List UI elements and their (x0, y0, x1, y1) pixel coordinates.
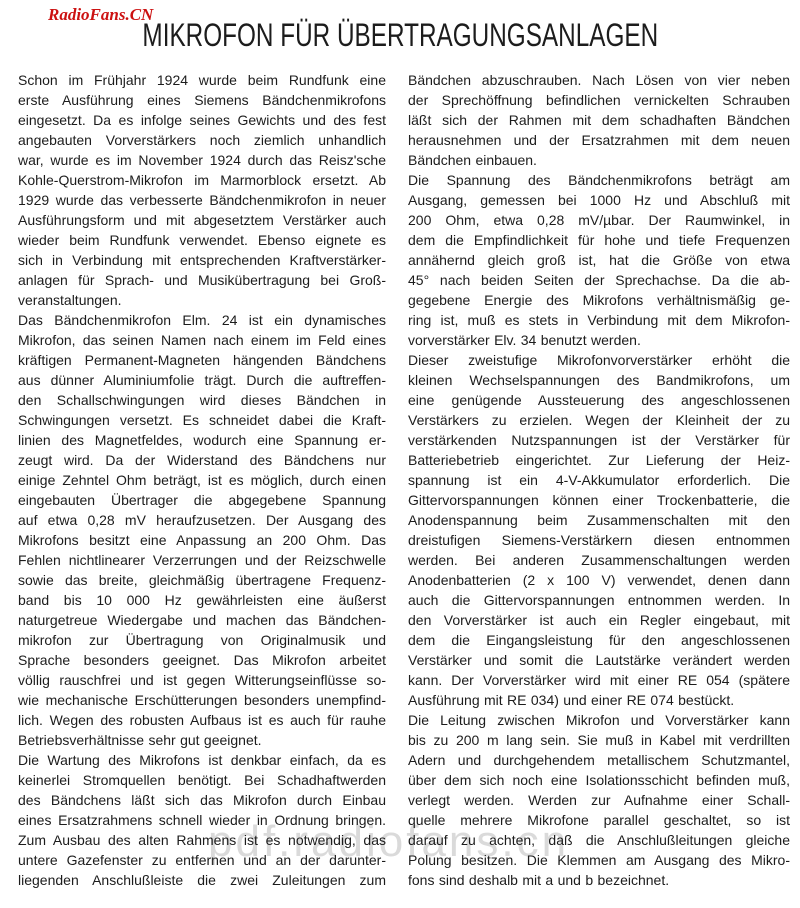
text-line: gegebene Energie des Mikrofons verhältni… (408, 290, 790, 310)
text-line: Bändchen einbauen. (408, 150, 790, 170)
text-line: Mikrofon, das seinen Namen nach einem im… (18, 330, 386, 350)
article-columns: Schon im Frühjahr 1924 wurde beim Rundfu… (18, 70, 790, 890)
document-page: pdf.radiofans.cn RadioFans.CN MIKROFON F… (0, 0, 800, 908)
text-line: Anodenspannung beim Zusammenschalten mit… (408, 510, 790, 530)
text-line: annähernd gleich groß ist, hat die Größe… (408, 250, 790, 270)
text-line: sich in Verbindung mit entsprechenden Kr… (18, 250, 386, 270)
text-line: Gittervorspannungen können einer Trocken… (408, 490, 790, 510)
text-line: über dem sich noch eine Isolationsschich… (408, 770, 790, 790)
text-line: dem die Empfindlichkeit für hohe und tie… (408, 230, 790, 250)
text-line: anlagen für Sprach- und Musikübertragung… (18, 270, 386, 290)
text-line: ring ist, muß es stets in Verbindung mit… (408, 310, 790, 330)
text-line: Dieser zweistufige Mikrofonvorverstärker… (408, 350, 790, 370)
corner-watermark: RadioFans.CN (48, 5, 153, 25)
text-line: werden. Bei anderen Zusammenschaltungen … (408, 550, 790, 570)
text-line: auf etwa 0,28 mV heraufzusetzen. Der Aus… (18, 510, 386, 530)
text-line: einige Zehntel Ohm beträgt, ist es mögli… (18, 470, 386, 490)
text-line: Schon im Frühjahr 1924 wurde beim Rundfu… (18, 70, 386, 90)
text-line: auch die Gittervorspannungen entnommen w… (408, 590, 790, 610)
text-line: läßt sich der Rahmen mit dem schadhaften… (408, 110, 790, 130)
text-line: eingesetzt. Da es infolge seines Gewicht… (18, 110, 386, 130)
text-line: Ausführung mit RE 034) und einer RE 074 … (408, 690, 790, 710)
text-line: fons sind deshalb mit a und b bezeichnet… (408, 870, 790, 890)
text-line: Sprache besonders geeignet. Das Mikrofon… (18, 650, 386, 670)
text-line: Zum Ausbau des alten Rahmens ist es notw… (18, 830, 386, 850)
text-line: untere Gazefenster zu entfernen und an d… (18, 850, 386, 870)
text-line: Schwingungen versetzt. Es schneidet dabe… (18, 410, 386, 430)
text-line: bis zu 200 m lang sein. Sie muß in Kabel… (408, 730, 790, 750)
text-line: lich. Wegen des robusten Aufbaus ist es … (18, 710, 386, 730)
text-line: des Bändchens läßt sich das Mikrofon dur… (18, 790, 386, 810)
text-line: Verstärkers zu erzielen. Wegen der Klein… (408, 410, 790, 430)
text-line: kräftigen Permanent-Magneten hängenden B… (18, 350, 386, 370)
text-line: Fehlen nichtlinearer Verzerrungen und de… (18, 550, 386, 570)
text-line: dreistufigen Siemens-Verstärkern diesen … (408, 530, 790, 550)
text-line: Adern und durchgehendem metallischem Sch… (408, 750, 790, 770)
text-line: Das Bändchenmikrofon Elm. 24 ist ein dyn… (18, 310, 386, 330)
text-line: mikrofon zur Übertragung von Originalmus… (18, 630, 386, 650)
text-line: 200 Ohm, etwa 0,28 mV/µbar. Der Raumwink… (408, 210, 790, 230)
text-line: der Sprechöffnung befindlichen vernickel… (408, 90, 790, 110)
text-line: verstärkenden Nutzspannungen ist der Ver… (408, 430, 790, 450)
text-line: kann. Der Vorverstärker wird mit einer R… (408, 670, 790, 690)
text-line: Verstärker und somit die Lautstärke verä… (408, 650, 790, 670)
text-line: Die Leitung zwischen Mikrofon und Vorver… (408, 710, 790, 730)
text-line: Betriebsverhältnisse sehr gut geeignet. (18, 730, 386, 750)
text-line: wie mechanische Erschütterungen besonder… (18, 690, 386, 710)
text-line: angebauten Vorverstärkers noch ziemlich … (18, 130, 386, 150)
text-line: Mikrofons besitzt eine Anpassung an 200 … (18, 530, 386, 550)
text-line: eines Ersatzrahmens schnell wieder in Or… (18, 810, 386, 830)
text-line: naturgetreue Wiedergabe und machen das B… (18, 610, 386, 630)
text-line: eine genügende Aussteuerung des angeschl… (408, 390, 790, 410)
text-line: Polung besitzen. Die Klemmen am Ausgang … (408, 850, 790, 870)
text-line: vorverstärker Elv. 34 benutzt werden. (408, 330, 790, 350)
text-line: Kohle-Querstrom-Mikrofon im Marmorblock … (18, 170, 386, 190)
text-line: Die Wartung des Mikrofons ist denkbar ei… (18, 750, 386, 770)
text-line: sowie das breite, gleichmäßig übertragen… (18, 570, 386, 590)
text-line: völlig rauschfrei und ist gegen Witterun… (18, 670, 386, 690)
text-line: Anodenbatterien (2 x 100 V) verwendet, d… (408, 570, 790, 590)
text-line: aus dünner Aluminiumfolie trägt. Durch d… (18, 370, 386, 390)
left-column: Schon im Frühjahr 1924 wurde beim Rundfu… (18, 70, 386, 890)
text-line: Ausführungsform und mit abgesetztem Vers… (18, 210, 386, 230)
text-line: Ausgang, gemessen bei 1000 Hz und Abschl… (408, 190, 790, 210)
text-line: 1929 wurde das verbesserte Bändchenmikro… (18, 190, 386, 210)
text-line: den Vorverstärker ist auch ein Regler ei… (408, 610, 790, 630)
text-line: quelle mehrere Mikrofone parallel gescha… (408, 810, 790, 830)
page-title-text: MIKROFON FÜR ÜBERTRAGUNGSANLAGEN (142, 18, 658, 52)
text-line: zeugt wird. Da der Widerstand des Bändch… (18, 450, 386, 470)
text-line: verlegt werden. Werden zur Aufnahme eine… (408, 790, 790, 810)
text-line: band bis 10 000 Hz gewährleisten eine äu… (18, 590, 386, 610)
text-line: eingebauten Übertrager die abgegebene Sp… (18, 490, 386, 510)
text-line: veranstaltungen. (18, 290, 386, 310)
text-line: keinerlei Stromquellen benötigt. Bei Sch… (18, 770, 386, 790)
text-line: Bändchen abzuschrauben. Nach Lösen von v… (408, 70, 790, 90)
text-line: 45° nach beiden Seiten der Sprechachse. … (408, 270, 790, 290)
text-line: liegenden Anschlußleiste die zwei Zuleit… (18, 870, 386, 890)
text-line: kleinen Wechselspannungen des Bandmikrof… (408, 370, 790, 390)
text-line: wieder beim Rundfunk verwendet. Ebenso e… (18, 230, 386, 250)
text-line: herausnehmen und der Ersatzrahmen mit de… (408, 130, 790, 150)
text-line: spannung ist ein 4-V-Akkumulator erforde… (408, 470, 790, 490)
text-line: Die Spannung des Bändchenmikrofons beträ… (408, 170, 790, 190)
text-line: war, wurde es im November 1924 durch das… (18, 150, 386, 170)
text-line: erste Ausführung eines Siemens Bändchenm… (18, 90, 386, 110)
text-line: darauf zu achten, daß die Anschlußleitun… (408, 830, 790, 850)
text-line: den Schallschwingungen wird dieses Bändc… (18, 390, 386, 410)
text-line: linien des Magnetfeldes, wodurch eine Sp… (18, 430, 386, 450)
right-column: Bändchen abzuschrauben. Nach Lösen von v… (408, 70, 790, 890)
text-line: Batteriebetrieb eingerichtet. Zur Liefer… (408, 450, 790, 470)
text-line: dem die Eingangsleistung für den angesch… (408, 630, 790, 650)
